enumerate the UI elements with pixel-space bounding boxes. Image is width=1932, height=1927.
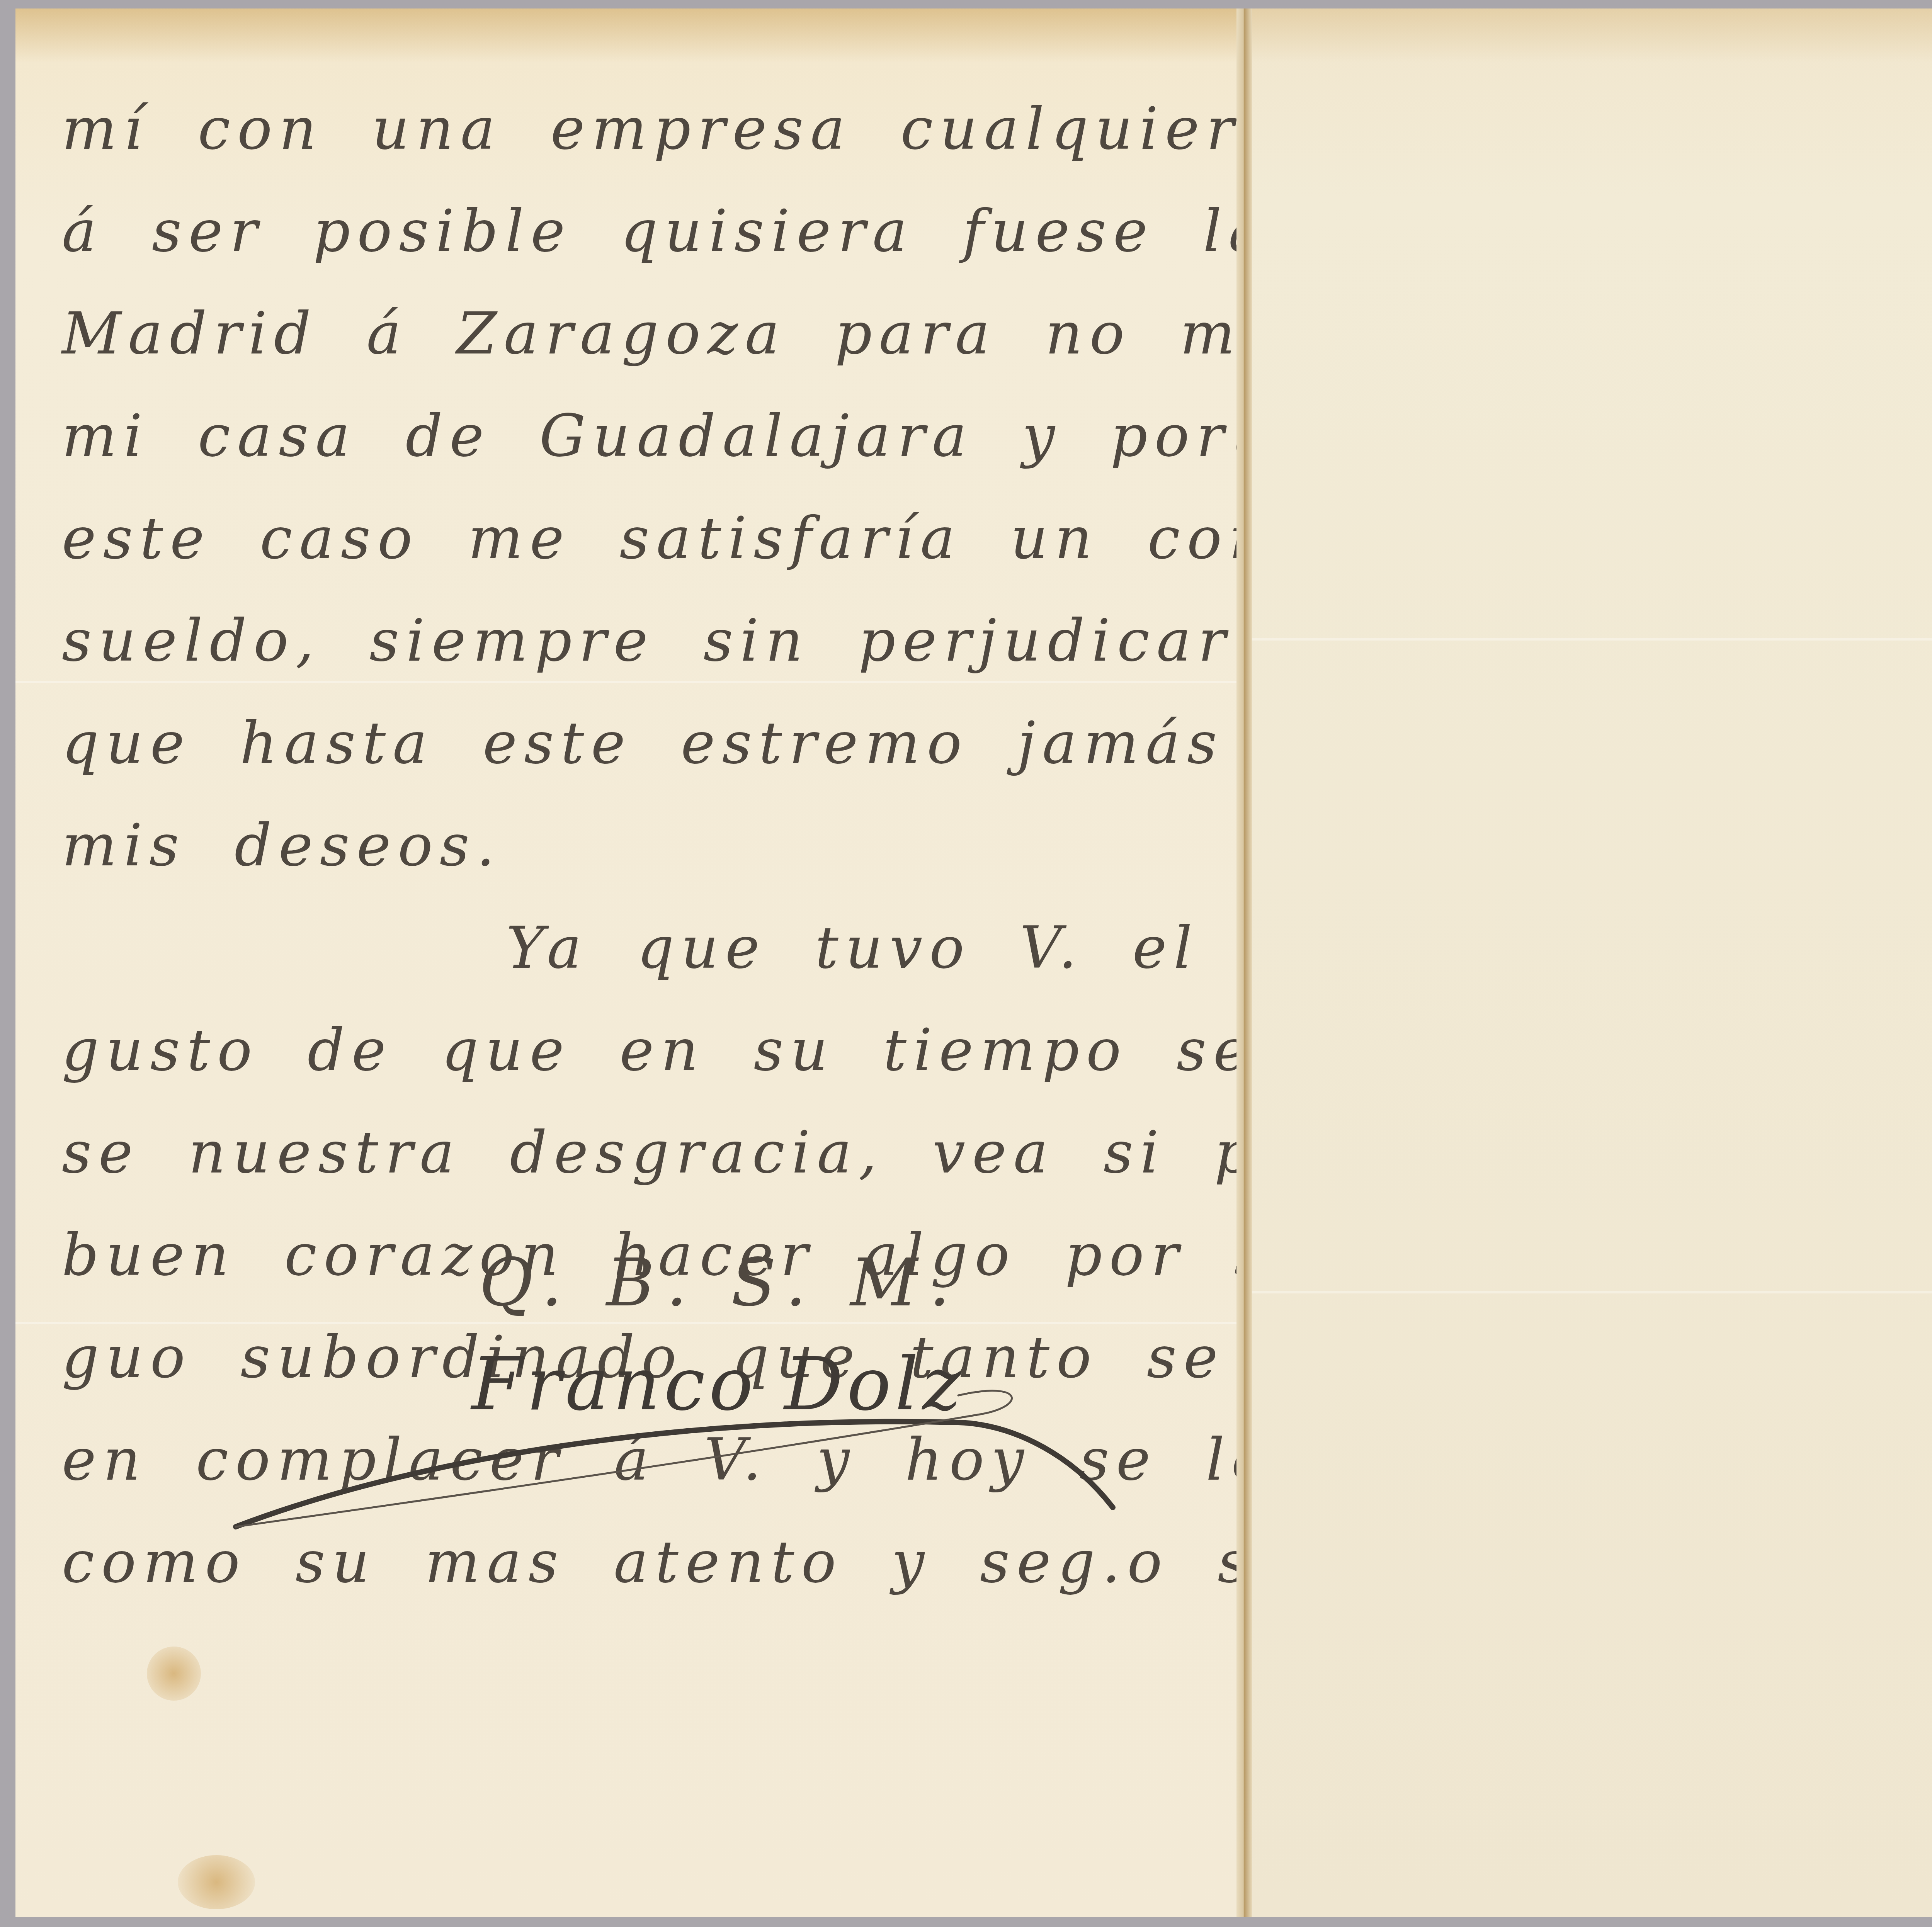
letter-line: sueldo, siempre sin perjudicar á nadie,: [62, 590, 1202, 692]
letter-line: Ya que tuvo V. el dis-: [62, 897, 1202, 999]
letter-line: á ser posible quisiera fuese la de: [62, 180, 1202, 283]
horizontal-fold: [1252, 638, 1932, 641]
letter-sheet: mí con una empresa cualquiera, y á ser p…: [15, 8, 1932, 1917]
foxing-spot: [147, 1647, 201, 1701]
top-stain: [15, 8, 1236, 63]
letter-line: gusto de que en su tiempo se firma: [62, 999, 1202, 1102]
right-page: [1252, 8, 1932, 1917]
top-stain: [1252, 8, 1932, 63]
letter-line: Madrid á Zaragoza para no mover: [62, 283, 1202, 385]
letter-line: mí con una empresa cualquiera, y: [62, 78, 1202, 180]
letter-line: se nuestra desgracia, vea si puede su: [62, 1102, 1202, 1204]
signature-flourish: [224, 1380, 1151, 1554]
left-page: mí con una empresa cualquiera, y á ser p…: [15, 8, 1236, 1917]
closing-formula: Q. B. S. M.: [479, 1245, 962, 1321]
foxing-spot: [178, 1855, 255, 1909]
letter-line: este caso me satisfaría un corto: [62, 488, 1202, 590]
center-fold: [1236, 8, 1252, 1917]
letter-line: mi casa de Guadalajara y porque en: [62, 385, 1202, 488]
letter-line: que hasta este estremo jamás llegaron: [62, 692, 1202, 795]
horizontal-fold: [1252, 1291, 1932, 1293]
letter-line: mis deseos.: [62, 795, 1202, 897]
